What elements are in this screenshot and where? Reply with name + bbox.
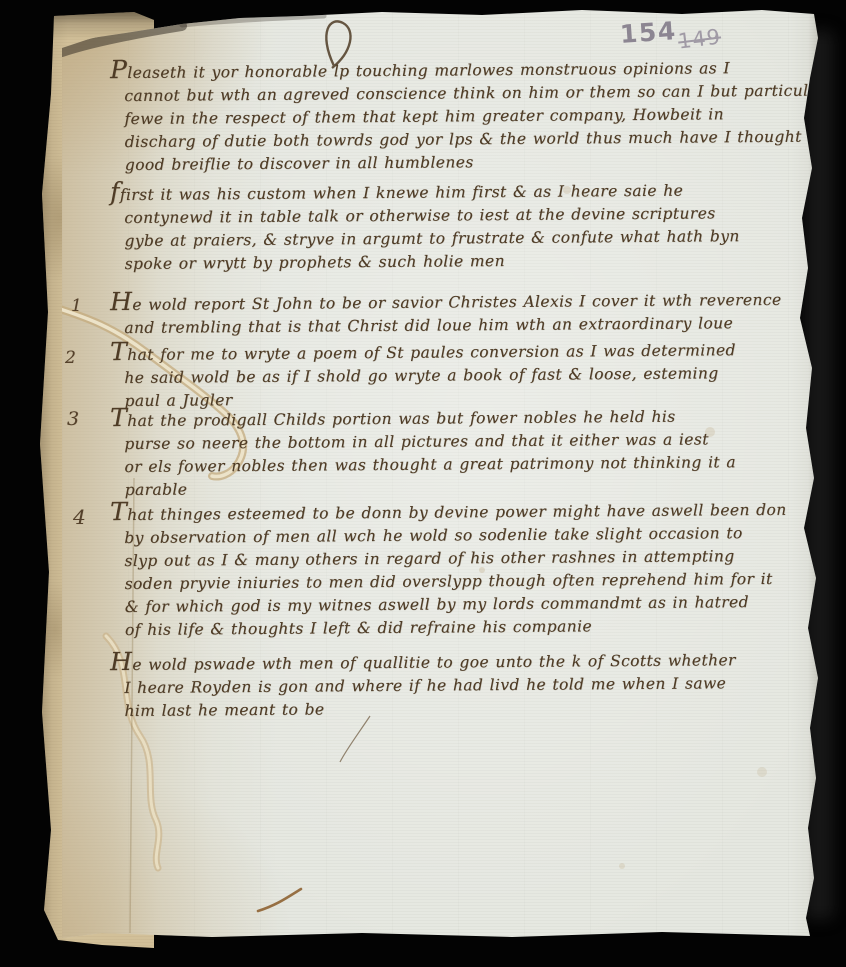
ink-hairline — [340, 716, 370, 762]
manuscript-paragraph: He wold pswade wth men of quallitie to g… — [124, 644, 831, 723]
margin-number-4: 4 — [73, 505, 86, 529]
fox-spot — [619, 863, 625, 869]
folio-number: 154 — [619, 16, 678, 49]
manuscript-paragraph: He wold report St John to be or savior C… — [124, 284, 830, 340]
manuscript-photo: 154 149 1 2 3 4 Pleaseth it yor honorabl… — [0, 0, 846, 967]
manuscript-paragraph: ffirst it was his custom when I knewe hi… — [124, 174, 831, 276]
pen-trial-mark — [258, 889, 301, 911]
manuscript-paragraph: That thinges esteemed to be donn by devi… — [124, 494, 831, 642]
manuscript-line: good breiflie to discover in all humblen… — [125, 148, 831, 177]
manuscript-paragraph: That the prodigall Childs portion was bu… — [124, 400, 831, 502]
manuscript-paragraph: Pleaseth it yor honorable lp touching ma… — [124, 52, 831, 177]
margin-number-2: 2 — [65, 348, 76, 368]
manuscript-line: That for me to wryte a poem of St paules… — [124, 334, 830, 367]
margin-number-3: 3 — [67, 408, 79, 430]
manuscript-line: him last he meant to be — [124, 694, 830, 723]
margin-number-1: 1 — [71, 296, 82, 316]
manuscript-line: spoke or wrytt by prophets & such holie … — [125, 247, 831, 276]
manuscript-line: of his life & thoughts I left & did refr… — [125, 613, 831, 642]
folio-number-struck: 149 — [677, 24, 723, 53]
manuscript-page: 154 149 1 2 3 4 Pleaseth it yor honorabl… — [62, 8, 818, 940]
edge-smudge — [182, 16, 324, 25]
fox-spot — [757, 767, 767, 777]
